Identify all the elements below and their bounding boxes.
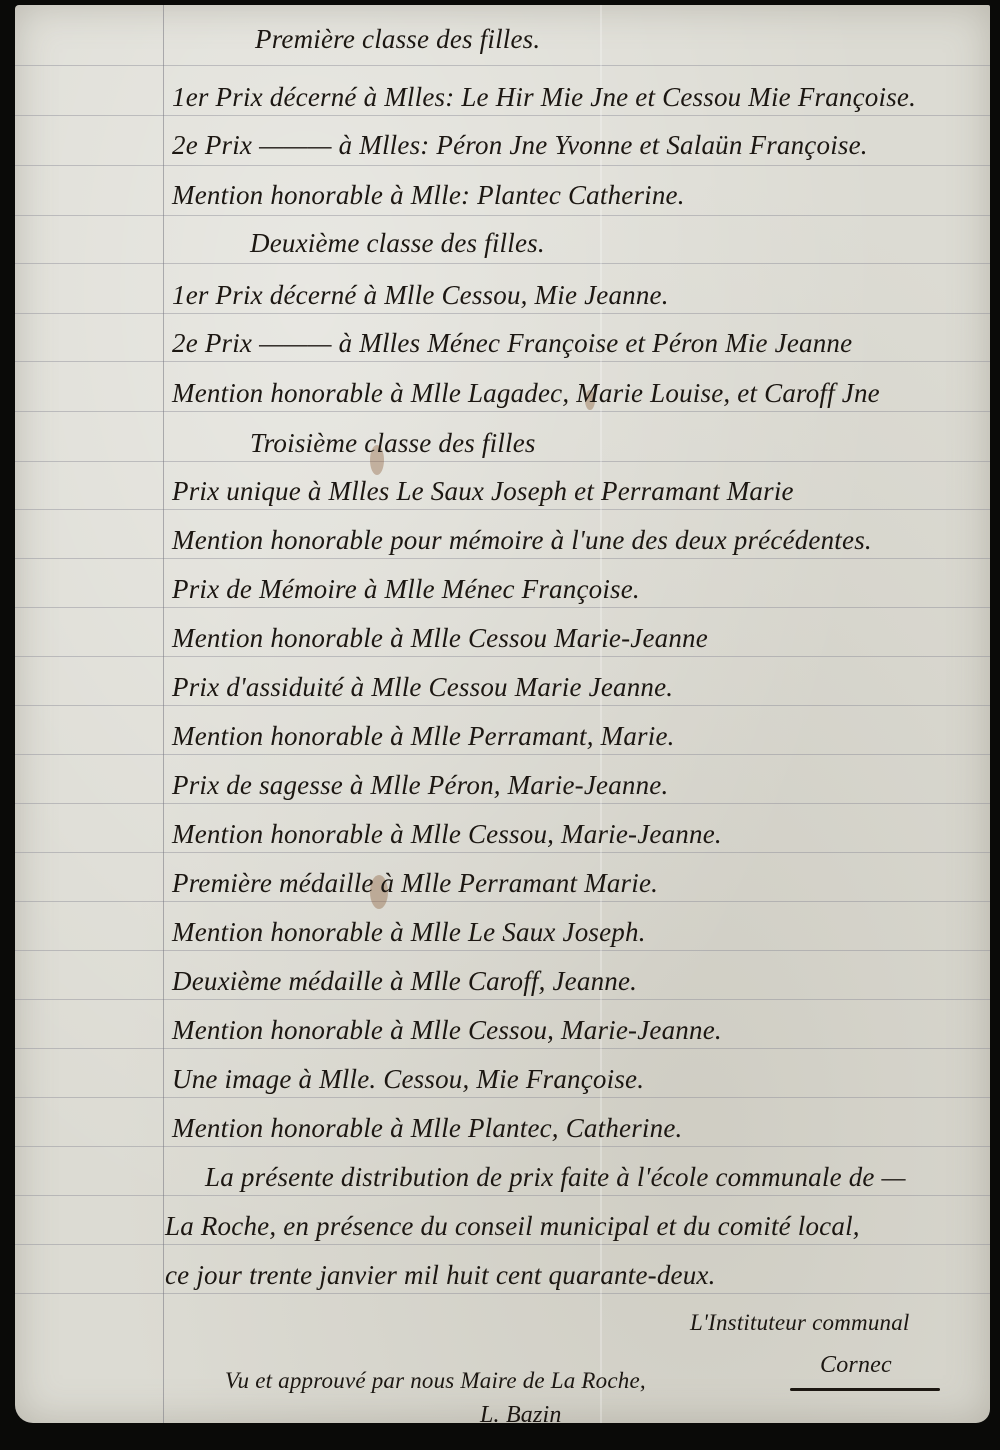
entry: Mention honorable à Mlle Le Saux Joseph. [172,917,646,948]
ruled-line [15,115,990,116]
signature-flourish [790,1388,940,1391]
mayor-signature: L. Bazin [480,1402,562,1429]
ruled-line [15,313,990,314]
ruled-line [15,901,990,902]
entry: Prix unique à Mlles Le Saux Joseph et Pe… [172,476,794,507]
ruled-line [15,754,990,755]
entry: Mention honorable à Mlle Cessou, Marie-J… [172,819,722,850]
ruled-line [15,950,990,951]
ruled-line [15,361,990,362]
ruled-line [15,509,990,510]
entry: Première médaille à Mlle Perramant Marie… [172,868,658,899]
ruled-line [15,1195,990,1196]
ruled-line [15,1244,990,1245]
ruled-line [15,1097,990,1098]
entry: Prix de sagesse à Mlle Péron, Marie-Jean… [172,770,668,801]
ruled-line [15,999,990,1000]
entry: 2e Prix ——— à Mlles Ménec Françoise et P… [172,328,852,359]
entry: 2e Prix ——— à Mlles: Péron Jne Yvonne et… [172,130,868,161]
ruled-line [15,1293,990,1294]
entry: Mention honorable à Mlle: Plantec Cather… [172,180,685,211]
entry: Mention honorable à Mlle Cessou, Marie-J… [172,1015,722,1046]
teacher-signature: Cornec [820,1352,892,1379]
margin-line [163,5,164,1423]
entry: Deuxième médaille à Mlle Caroff, Jeanne. [172,966,637,997]
entry: Une image à Mlle. Cessou, Mie Françoise. [172,1064,644,1095]
entry: Mention honorable à Mlle Perramant, Mari… [172,721,675,752]
closing-line: ce jour trente janvier mil huit cent qua… [165,1260,716,1291]
section-heading: Première classe des filles. [255,24,540,55]
ruled-line [15,656,990,657]
entry: Mention honorable à Mlle Cessou Marie-Je… [172,623,708,654]
ruled-line [15,461,990,462]
ruled-line [15,1146,990,1147]
teacher-title: L'Instituteur communal [690,1310,910,1336]
entry: Mention honorable pour mémoire à l'une d… [172,525,872,556]
ruled-line [15,558,990,559]
ruled-line [15,607,990,608]
entry: Mention honorable à Mlle Plantec, Cather… [172,1113,682,1144]
ruled-line [15,705,990,706]
ruled-line [15,1048,990,1049]
ruled-line [15,411,990,412]
entry: Prix de Mémoire à Mlle Ménec Françoise. [172,574,640,605]
ruled-line [15,165,990,166]
ruled-line [15,263,990,264]
mayor-approval: Vu et approuvé par nous Maire de La Roch… [225,1368,646,1394]
ruled-line [15,852,990,853]
closing-line: La présente distribution de prix faite à… [205,1162,906,1193]
section-heading: Troisième classe des filles [250,428,536,459]
entry: Mention honorable à Mlle Lagadec, Marie … [172,378,880,409]
entry: 1er Prix décerné à Mlles: Le Hir Mie Jne… [172,82,916,113]
ruled-line [15,65,990,66]
entry: 1er Prix décerné à Mlle Cessou, Mie Jean… [172,280,669,311]
entry: Prix d'assiduité à Mlle Cessou Marie Jea… [172,672,673,703]
section-heading: Deuxième classe des filles. [250,228,545,259]
closing-line: La Roche, en présence du conseil municip… [165,1211,860,1242]
ruled-line [15,215,990,216]
ruled-line [15,803,990,804]
